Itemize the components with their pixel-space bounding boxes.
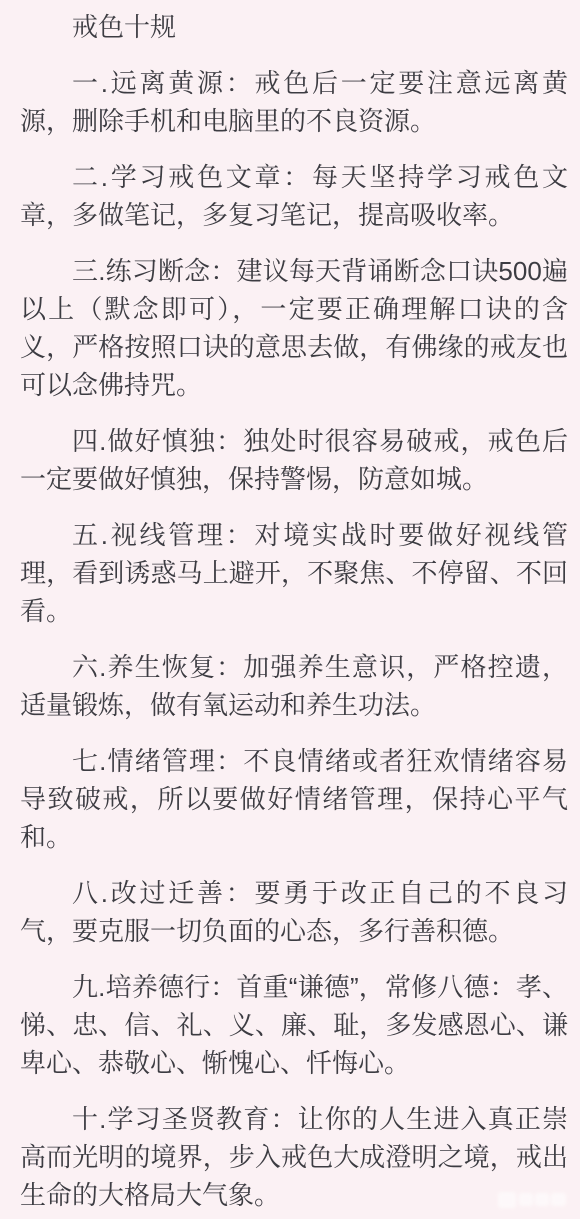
rule-9-paragraph: 九.培养德行：首重“谦德”，常修八德：孝、悌、忠、信、礼、义、廉、耻，多发感恩心… bbox=[20, 968, 568, 1082]
rule-2-paragraph: 二.学习戒色文章：每天坚持学习戒色文章，多做笔记，多复习笔记，提高吸收率。 bbox=[20, 158, 568, 234]
watermark-glyph bbox=[551, 1193, 566, 1206]
rule-3-paragraph: 三.练习断念：建议每天背诵断念口诀500遍以上（默念即可），一定要正确理解口诀的… bbox=[20, 252, 568, 404]
rule-8-paragraph: 八.改过迁善：要勇于改正自己的不良习气，要克服一切负面的心态，多行善积德。 bbox=[20, 874, 568, 950]
watermark-logo-icon bbox=[498, 1192, 516, 1208]
page-title: 戒色十规 bbox=[20, 8, 568, 46]
watermark-glyph bbox=[535, 1193, 549, 1206]
watermark-glyph bbox=[519, 1193, 533, 1206]
rule-1-paragraph: 一.远离黄源：戒色后一定要注意远离黄源，删除手机和电脑里的不良资源。 bbox=[20, 64, 568, 140]
rule-10-paragraph: 十.学习圣贤教育：让你的人生进入真正崇高而光明的境界，步入戒色大成澄明之境，戒出… bbox=[20, 1100, 568, 1214]
rule-5-paragraph: 五.视线管理：对境实战时要做好视线管理，看到诱惑马上避开，不聚焦、不停留、不回看… bbox=[20, 516, 568, 630]
rule-6-paragraph: 六.养生恢复：加强养生意识，严格控遗，适量锻炼，做有氧运动和养生功法。 bbox=[20, 648, 568, 724]
watermark bbox=[498, 1191, 572, 1213]
rule-7-paragraph: 七.情绪管理：不良情绪或者狂欢情绪容易导致破戒，所以要做好情绪管理，保持心平气和… bbox=[20, 742, 568, 856]
reader-page: 戒色十规 一.远离黄源：戒色后一定要注意远离黄源，删除手机和电脑里的不良资源。 … bbox=[0, 0, 580, 1219]
rule-4-paragraph: 四.做好慎独：独处时很容易破戒，戒色后一定要做好慎独，保持警惕，防意如城。 bbox=[20, 422, 568, 498]
document-body: 戒色十规 一.远离黄源：戒色后一定要注意远离黄源，删除手机和电脑里的不良资源。 … bbox=[0, 0, 580, 1214]
